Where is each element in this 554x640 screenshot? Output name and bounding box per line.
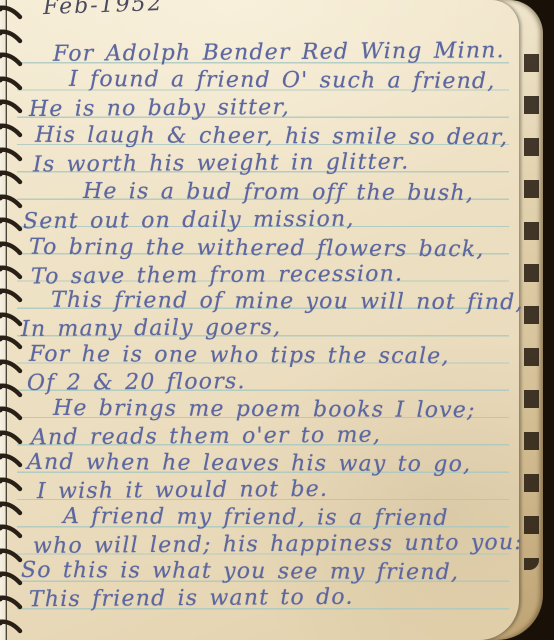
poem-line: In many daily goers,	[21, 315, 281, 343]
poem-line: I found a friend O' such a friend,	[69, 67, 496, 95]
spiral-coil	[0, 122, 23, 143]
poem-line: To save them from recession.	[31, 262, 403, 291]
poem-line: And reads them o'er to me,	[31, 423, 381, 452]
spiral-coil	[0, 28, 23, 49]
poem-line: He is no baby sitter,	[29, 95, 290, 123]
poem-line: For Adolph Bender Red Wing Minn.	[53, 38, 505, 68]
spiral-coil	[0, 75, 23, 96]
spiral-coil	[0, 216, 23, 237]
poem-line: He is a bud from off the bush,	[83, 179, 474, 207]
date-heading: Feb-1952	[43, 0, 164, 20]
spiral-coil	[0, 311, 23, 332]
poem-line: who will lend; his happiness unto you:	[33, 530, 523, 560]
spiral-coil	[0, 264, 23, 285]
spiral-coil	[0, 476, 23, 497]
poem-line: Is worth his weight in glitter.	[33, 150, 410, 179]
poem-line: For he is one who tips the scale,	[29, 342, 450, 370]
poem-line: A friend my friend, is a friend	[63, 504, 449, 532]
spiral-coil	[0, 193, 23, 214]
poem-line: This friend is want to do.	[29, 585, 354, 614]
spiral-coil	[0, 405, 23, 426]
spiral-coil	[0, 287, 23, 308]
poem-line: And when he leaves his way to go,	[27, 450, 471, 478]
poem-line: His laugh & cheer, his smile so dear,	[35, 123, 508, 151]
poem-line: Sent out on daily mission,	[23, 207, 355, 236]
spiral-coil	[0, 146, 23, 167]
spiral-coil	[0, 4, 23, 25]
spiral-coil	[0, 452, 23, 473]
spiral-coil	[0, 500, 23, 521]
poem-line: Of 2 & 20 floors.	[27, 369, 246, 397]
spiral-coil	[0, 570, 23, 591]
spiral-coil	[0, 358, 23, 379]
spiral-coil	[0, 618, 23, 639]
notebook-photo: Feb-1952 For Adolph Bender Red Wing Minn…	[0, 0, 554, 640]
spiral-coil	[0, 240, 23, 261]
spiral-coil	[0, 98, 23, 119]
spiral-binding	[0, 0, 27, 640]
spiral-coil	[0, 429, 23, 450]
poem-line: This friend of mine you will not find,	[51, 288, 524, 316]
poem-line: He brings me poem books I love;	[53, 396, 476, 424]
spiral-coil	[0, 169, 23, 190]
spiral-coil	[0, 382, 23, 403]
spiral-coil	[0, 334, 23, 355]
poem-line: I wish it would not be.	[37, 477, 328, 505]
page-edge-notches	[524, 30, 539, 570]
spiral-coil	[0, 594, 23, 615]
poem-line: To bring the withered flowers back,	[29, 235, 485, 263]
notebook-page: Feb-1952 For Adolph Bender Red Wing Minn…	[7, 0, 519, 640]
spiral-coil	[0, 547, 23, 568]
poem-line: So this is what you see my friend,	[21, 558, 459, 586]
spiral-coil	[0, 51, 23, 72]
spiral-coil	[0, 523, 23, 544]
